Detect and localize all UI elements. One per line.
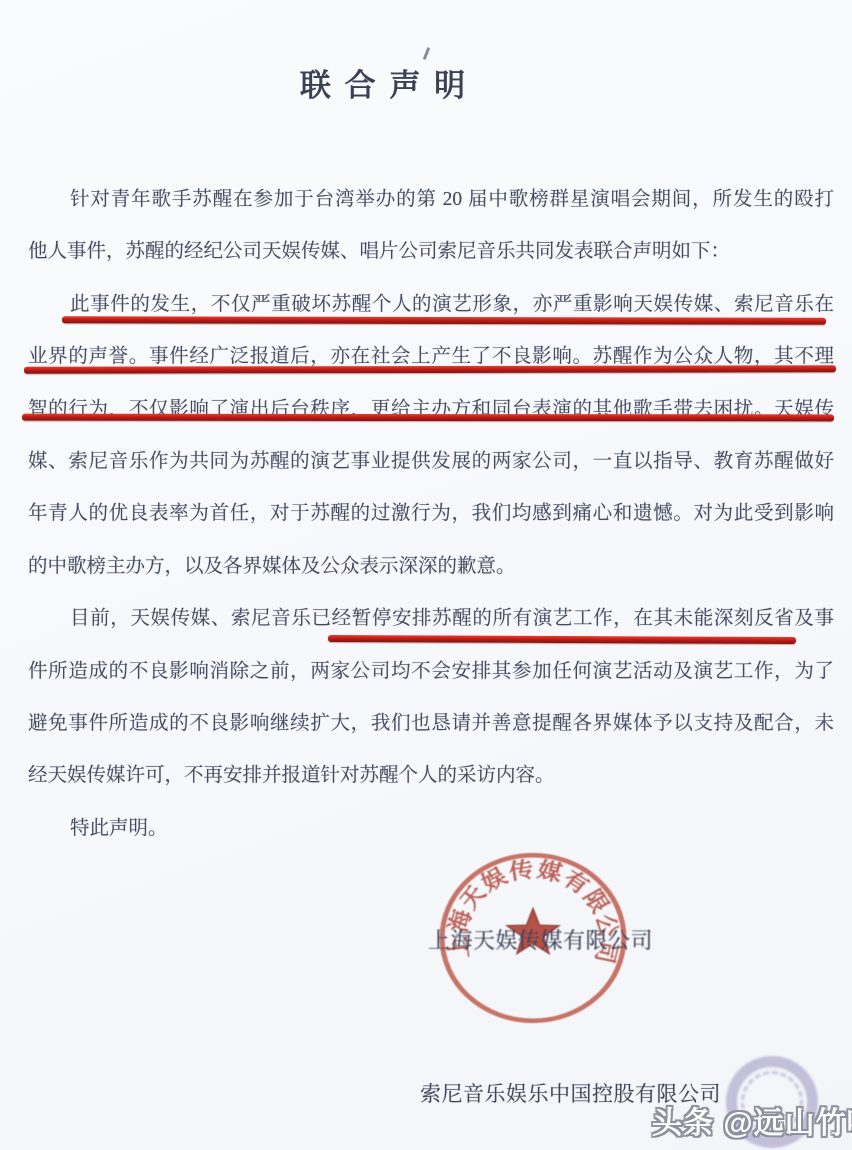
watermark: 头条 @远山竹叶 bbox=[652, 1098, 852, 1142]
scan-artifact-tick bbox=[423, 47, 431, 60]
tianyu-company-name: 上海天娱传媒有限公司 bbox=[428, 924, 653, 955]
statement-line: 针对青年歌手苏醒在参加于台湾举办的第 20 届中歌榜群星演唱会期间，所发生的殴打 bbox=[28, 174, 834, 226]
red-underline bbox=[24, 365, 836, 373]
statement-line: 智的行为，不仅影响了演出后台秩序，更给主办方和同台表演的其他歌手带去困扰。天娱传 bbox=[28, 384, 834, 436]
scanned-statement-page: 联 合 声 明 针对青年歌手苏醒在参加于台湾举办的第 20 届中歌榜群星演唱会期… bbox=[0, 0, 852, 1150]
statement-line: 他人事件，苏醒的经纪公司天娱传媒、唱片公司索尼音乐共同发表联合声明如下： bbox=[28, 226, 834, 278]
statement-body: 针对青年歌手苏醒在参加于台湾举办的第 20 届中歌榜群星演唱会期间，所发生的殴打… bbox=[28, 174, 834, 855]
red-underline bbox=[22, 414, 834, 422]
statement-line: 件所造成的不良影响消除之前，两家公司均不会安排其参加任何演艺活动及演艺工作，为了 bbox=[28, 646, 834, 698]
statement-line: 经天娱传媒许可，不再安排并报道针对苏醒个人的采访内容。 bbox=[28, 750, 834, 802]
statement-title: 联 合 声 明 bbox=[0, 60, 852, 105]
statement-line: 避免事件所造成的不良影响继续扩大，我们也恳请并善意提醒各界媒体予以支持及配合，未 bbox=[28, 698, 834, 750]
statement-line: 媒、索尼音乐作为共同为苏醒的演艺事业提供发展的两家公司，一直以指导、教育苏醒做好 bbox=[28, 436, 834, 488]
statement-line: 的中歌榜主办方，以及各界媒体及公众表示深深的歉意。 bbox=[28, 541, 834, 593]
statement-line: 特此声明。 bbox=[28, 803, 834, 855]
statement-line: 业界的声誉。事件经广泛报道后，亦在社会上产生了不良影响。苏醒作为公众人物，其不理 bbox=[28, 331, 834, 383]
statement-line: 年青人的优良表率为首任，对于苏醒的过激行为，我们均感到痛心和遗憾。对为此受到影响 bbox=[28, 488, 834, 540]
